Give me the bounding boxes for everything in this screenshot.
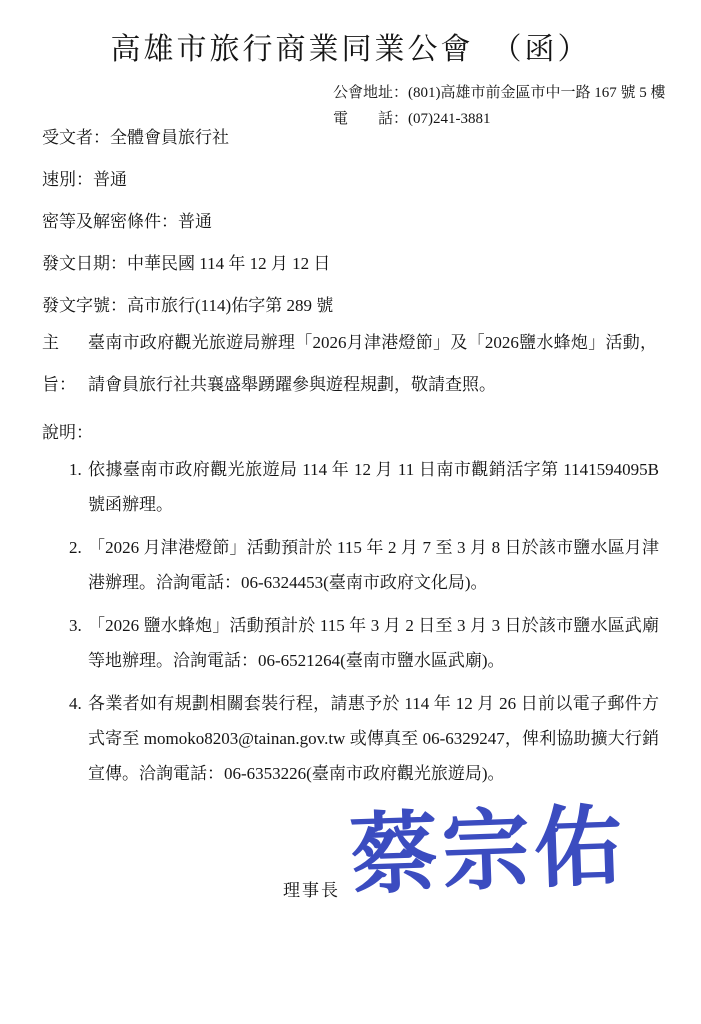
subject-label: 主旨： [42,322,88,406]
item-text: 「2026 鹽水蜂炮」活動預計於 115 年 3 月 2 日至 3 月 3 日於… [88,608,659,678]
org-contact-block: 公會地址：(801)高雄市前金區市中一路 167 號 5 樓 電 話：(07)2… [333,80,666,132]
item-number: 3. [69,608,88,678]
recipient-line: 受文者：全體會員旅行社 [42,121,333,163]
subject-text: 臺南市政府觀光旅遊局辦理「2026月津港燈節」及「2026鹽水蜂炮」活動，請會員… [88,322,657,406]
priority-value: 普通 [93,170,127,189]
issue-date-label: 發文日期： [42,254,127,273]
explanation-item: 2. 「2026 月津港燈節」活動預計於 115 年 2 月 7 至 3 月 8… [69,530,659,600]
org-phone-label: 電 話： [333,111,408,127]
item-number: 2. [69,530,88,600]
signature-title: 理事長 [283,876,340,901]
explanation-list: 1. 依據臺南市政府觀光旅遊局 114 年 12 月 11 日南市觀銷活字第 1… [69,452,659,799]
meta-fields: 受文者：全體會員旅行社 速別：普通 密等及解密條件：普通 發文日期：中華民國 1… [42,121,333,331]
reference-number-label: 發文字號： [42,296,127,315]
explanation-label: 說明： [42,418,93,443]
official-letter-page: 高雄市旅行商業同業公會 （函） 公會地址：(801)高雄市前金區市中一路 167… [0,0,701,1024]
priority-line: 速別：普通 [42,163,333,205]
page-title: 高雄市旅行商業同業公會 （函） [0,24,701,68]
issue-date-line: 發文日期：中華民國 114 年 12 月 12 日 [42,247,333,289]
item-text: 依據臺南市政府觀光旅遊局 114 年 12 月 11 日南市觀銷活字第 1141… [88,452,659,522]
item-number: 4. [69,686,88,791]
subject-section: 主旨： 臺南市政府觀光旅遊局辦理「2026月津港燈節」及「2026鹽水蜂炮」活動… [42,322,657,406]
explanation-item: 3. 「2026 鹽水蜂炮」活動預計於 115 年 3 月 2 日至 3 月 3… [69,608,659,678]
reference-number-value: 高市旅行(114)佑字第 289 號 [127,296,333,315]
classification-line: 密等及解密條件：普通 [42,205,333,247]
item-number: 1. [69,452,88,522]
priority-label: 速別： [42,170,93,189]
org-phone-line: 電 話：(07)241-3881 [333,106,666,132]
org-address-line: 公會地址：(801)高雄市前金區市中一路 167 號 5 樓 [333,80,666,106]
explanation-item: 1. 依據臺南市政府觀光旅遊局 114 年 12 月 11 日南市觀銷活字第 1… [69,452,659,522]
item-text: 「2026 月津港燈節」活動預計於 115 年 2 月 7 至 3 月 8 日於… [88,530,659,600]
recipient-value: 全體會員旅行社 [110,128,229,147]
org-address-value: (801)高雄市前金區市中一路 167 號 5 樓 [408,85,666,101]
org-address-label: 公會地址： [333,85,408,101]
explanation-item: 4. 各業者如有規劃相關套裝行程，請惠予於 114 年 12 月 26 日前以電… [69,686,659,791]
recipient-label: 受文者： [42,128,110,147]
classification-label: 密等及解密條件： [42,212,178,231]
item-text: 各業者如有規劃相關套裝行程，請惠予於 114 年 12 月 26 日前以電子郵件… [88,686,659,791]
issue-date-value: 中華民國 114 年 12 月 12 日 [127,254,330,273]
signature-name: 蔡宗佑 [348,793,628,913]
signature-section: 理事長 蔡宗佑 [0,790,701,950]
classification-value: 普通 [178,212,212,231]
org-phone-value: (07)241-3881 [408,111,491,127]
